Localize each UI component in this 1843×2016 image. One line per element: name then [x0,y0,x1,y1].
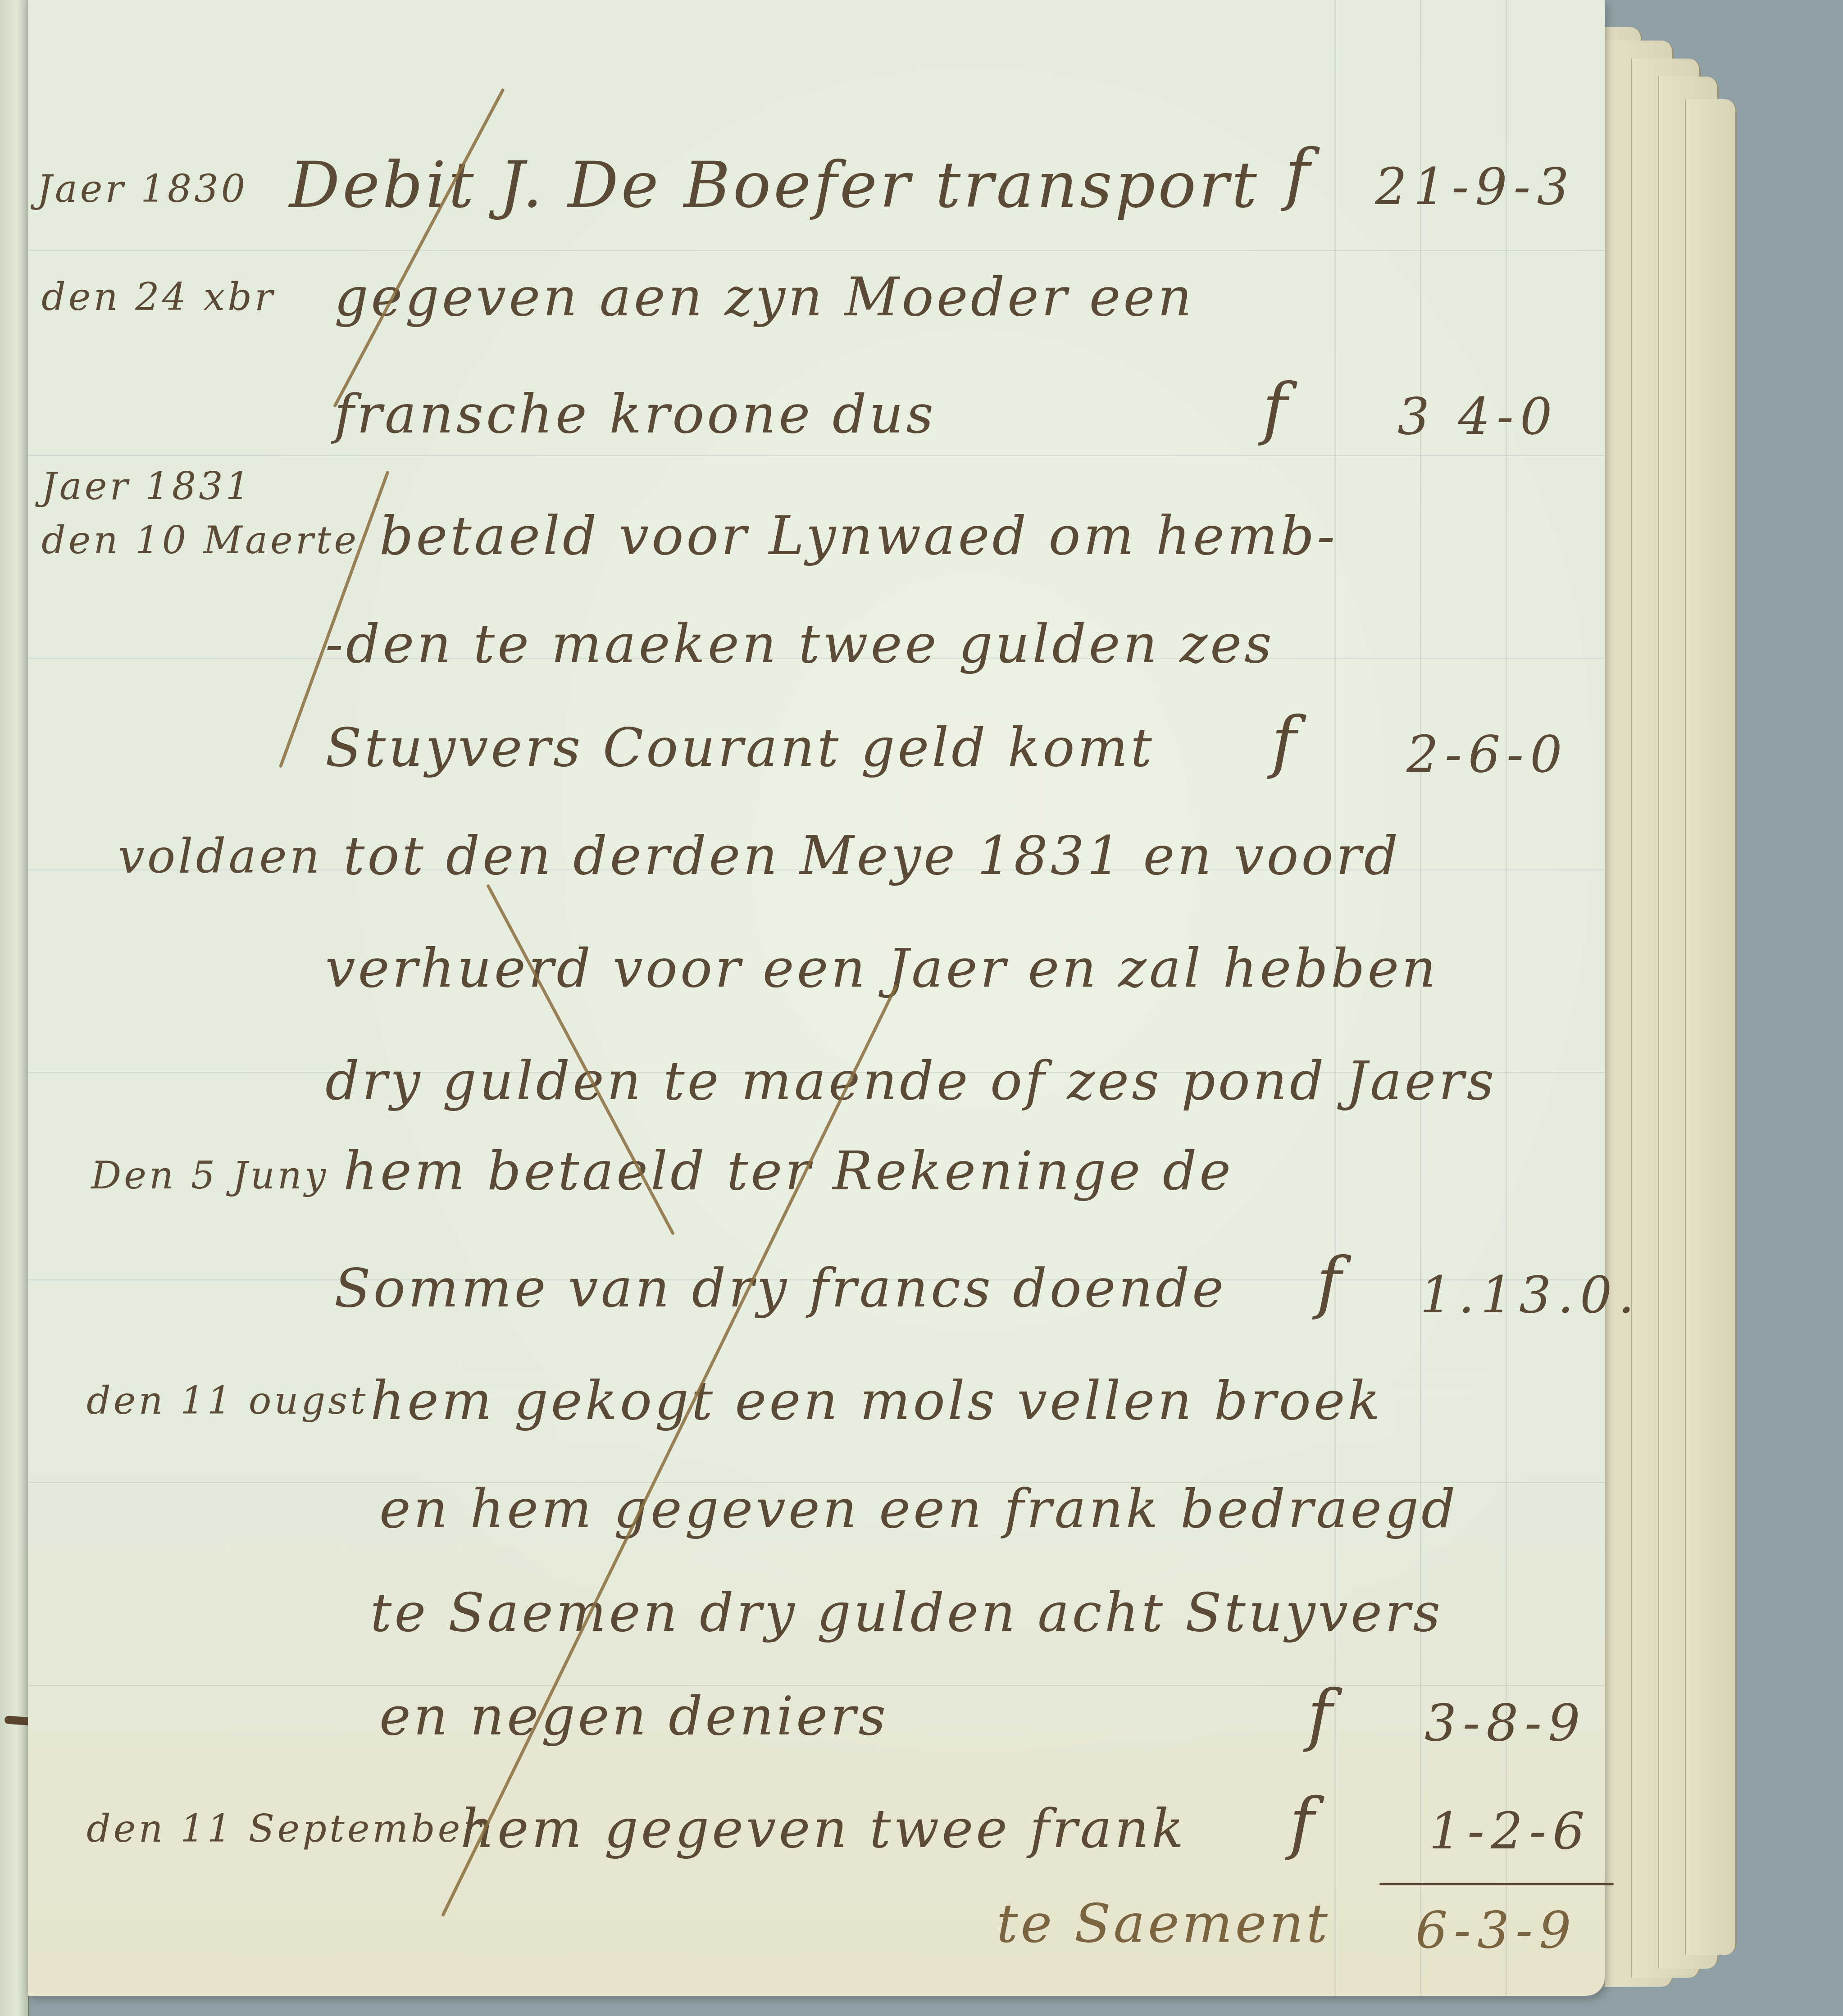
page-stack [1685,99,1737,1955]
entry-date: voldaen [118,829,323,884]
entry-date: Den 5 Juny [91,1153,328,1197]
entry-text: verhuerd voor een Jaer en zal hebben [325,937,1438,999]
entry-text: gegeven aen zyn Moeder een [334,266,1194,328]
florin-sign: f [1316,1243,1342,1322]
strike-line [333,88,505,408]
entry-amount: 2-6-0 [1406,725,1568,784]
ledger-page: Jaer 1830 Debit J. De Boefer transport f… [28,0,1605,1996]
entry-amount: 3-8-9 [1424,1694,1586,1752]
ruled-line [28,250,1605,251]
strike-line [441,984,898,1917]
ledger-heading: Debit J. De Boefer transport [289,149,1260,222]
entry-text: hem betaeld ter Rekeninge de [343,1140,1233,1202]
entry-text: dry gulden te maende of zes pond Jaers [325,1050,1497,1112]
year-note: Jaer 1830 [37,167,248,211]
entry-amount: 1.13.0. [1420,1266,1641,1324]
entry-date: den 24 xbr [41,275,275,319]
total-rule [1379,1883,1614,1885]
florin-sign: f [1307,1676,1333,1754]
left-page-edge [0,0,29,2016]
entry-amount: 1-2-6 [1429,1802,1591,1861]
entry-text: tot den derden Meye 1831 en voord [343,824,1401,887]
transport-amount: 21-9-3 [1375,158,1575,216]
entry-text: en negen deniers [379,1685,888,1747]
ruled-line [28,455,1605,456]
total-label: te Saement [997,1892,1330,1954]
entry-text: -den te maeken twee gulden zes [325,613,1274,675]
florin-sign: f [1262,369,1288,448]
entry-text: Stuyvers Courant geld komt [325,716,1155,778]
entry-date: den 11 September [86,1807,484,1851]
entry-text: hem gekogt een mols vellen broek [370,1370,1383,1432]
florin-sign: f [1285,135,1310,214]
entry-text: Somme van dry francs doende [334,1257,1226,1319]
entry-date: den 11 ougst [86,1379,368,1423]
entry-year: Jaer 1831 [41,464,252,508]
florin-sign: f [1271,703,1297,781]
total-amount: 6-3-9 [1415,1901,1577,1960]
entry-amount: 3 4-0 [1397,387,1558,446]
entry-text: betaeld voor Lynwaed om hemb- [379,505,1338,567]
florin-sign: f [1289,1784,1315,1862]
entry-date: den 10 Maerte [41,518,359,562]
entry-text: hem gegeven twee frank [460,1798,1187,1860]
entry-text: en hem gegeven een frank bedraegd [379,1478,1458,1540]
entry-text: te Saemen dry gulden acht Stuyvers [370,1581,1443,1643]
entry-text: fransche kroone dus [334,383,936,445]
